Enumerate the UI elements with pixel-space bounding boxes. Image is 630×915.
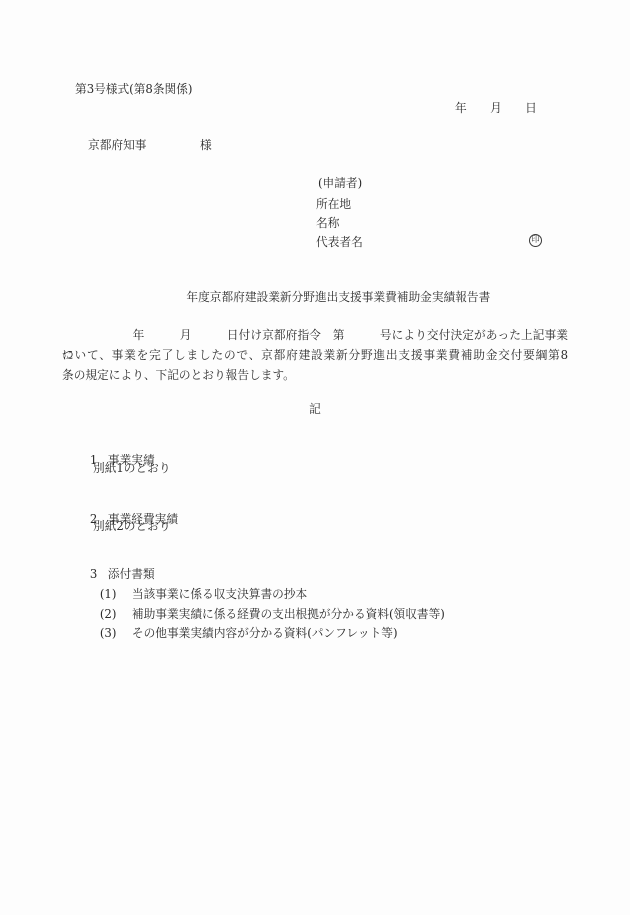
body-line-2: ついて、事業を完了しましたので、京都府建設業新分野進出支援事業費補助金交付要綱第… (62, 345, 568, 365)
body-line-3: 条の規定により、下記のとおり報告します。 (62, 365, 568, 385)
section-2-detail: 別紙2のとおり (93, 521, 171, 533)
document-title: 年度京都府建設業新分野進出支援事業費補助金実績報告書 (0, 292, 630, 304)
addressee-name: 京都府知事 (88, 140, 146, 152)
body-paragraph: 年 月 日付け京都府指令 第 号により交付決定があった上記事業に ついて、事業を… (62, 325, 568, 385)
body-line-1: 年 月 日付け京都府指令 第 号により交付決定があった上記事業に (62, 325, 568, 345)
document-page: 第3号様式(第8条関係) 年 月 日 京都府知事 様 (申請者) 所在地 名称 … (0, 0, 630, 915)
addressee-honorific: 様 (200, 140, 212, 152)
applicant-header: (申請者) (318, 178, 362, 190)
date-line: 年 月 日 (455, 103, 537, 115)
applicant-representative-label: 代表者名 (316, 237, 363, 249)
attachment-3-text: その他事業実績内容が分かる資料(パンフレット等) (132, 626, 398, 640)
seal-char: 印 (531, 236, 540, 245)
attachment-item-3: (3)その他事業実績内容が分かる資料(パンフレット等) (85, 616, 398, 651)
applicant-name-label: 名称 (316, 218, 339, 230)
seal-icon: 印 (529, 234, 542, 247)
attachment-3-number: (3) (100, 628, 132, 640)
form-number: 第3号様式(第8条関係) (75, 84, 193, 96)
section-1-detail: 別紙1のとおり (93, 463, 171, 475)
record-marker: 記 (0, 404, 630, 416)
applicant-address-label: 所在地 (316, 199, 351, 211)
